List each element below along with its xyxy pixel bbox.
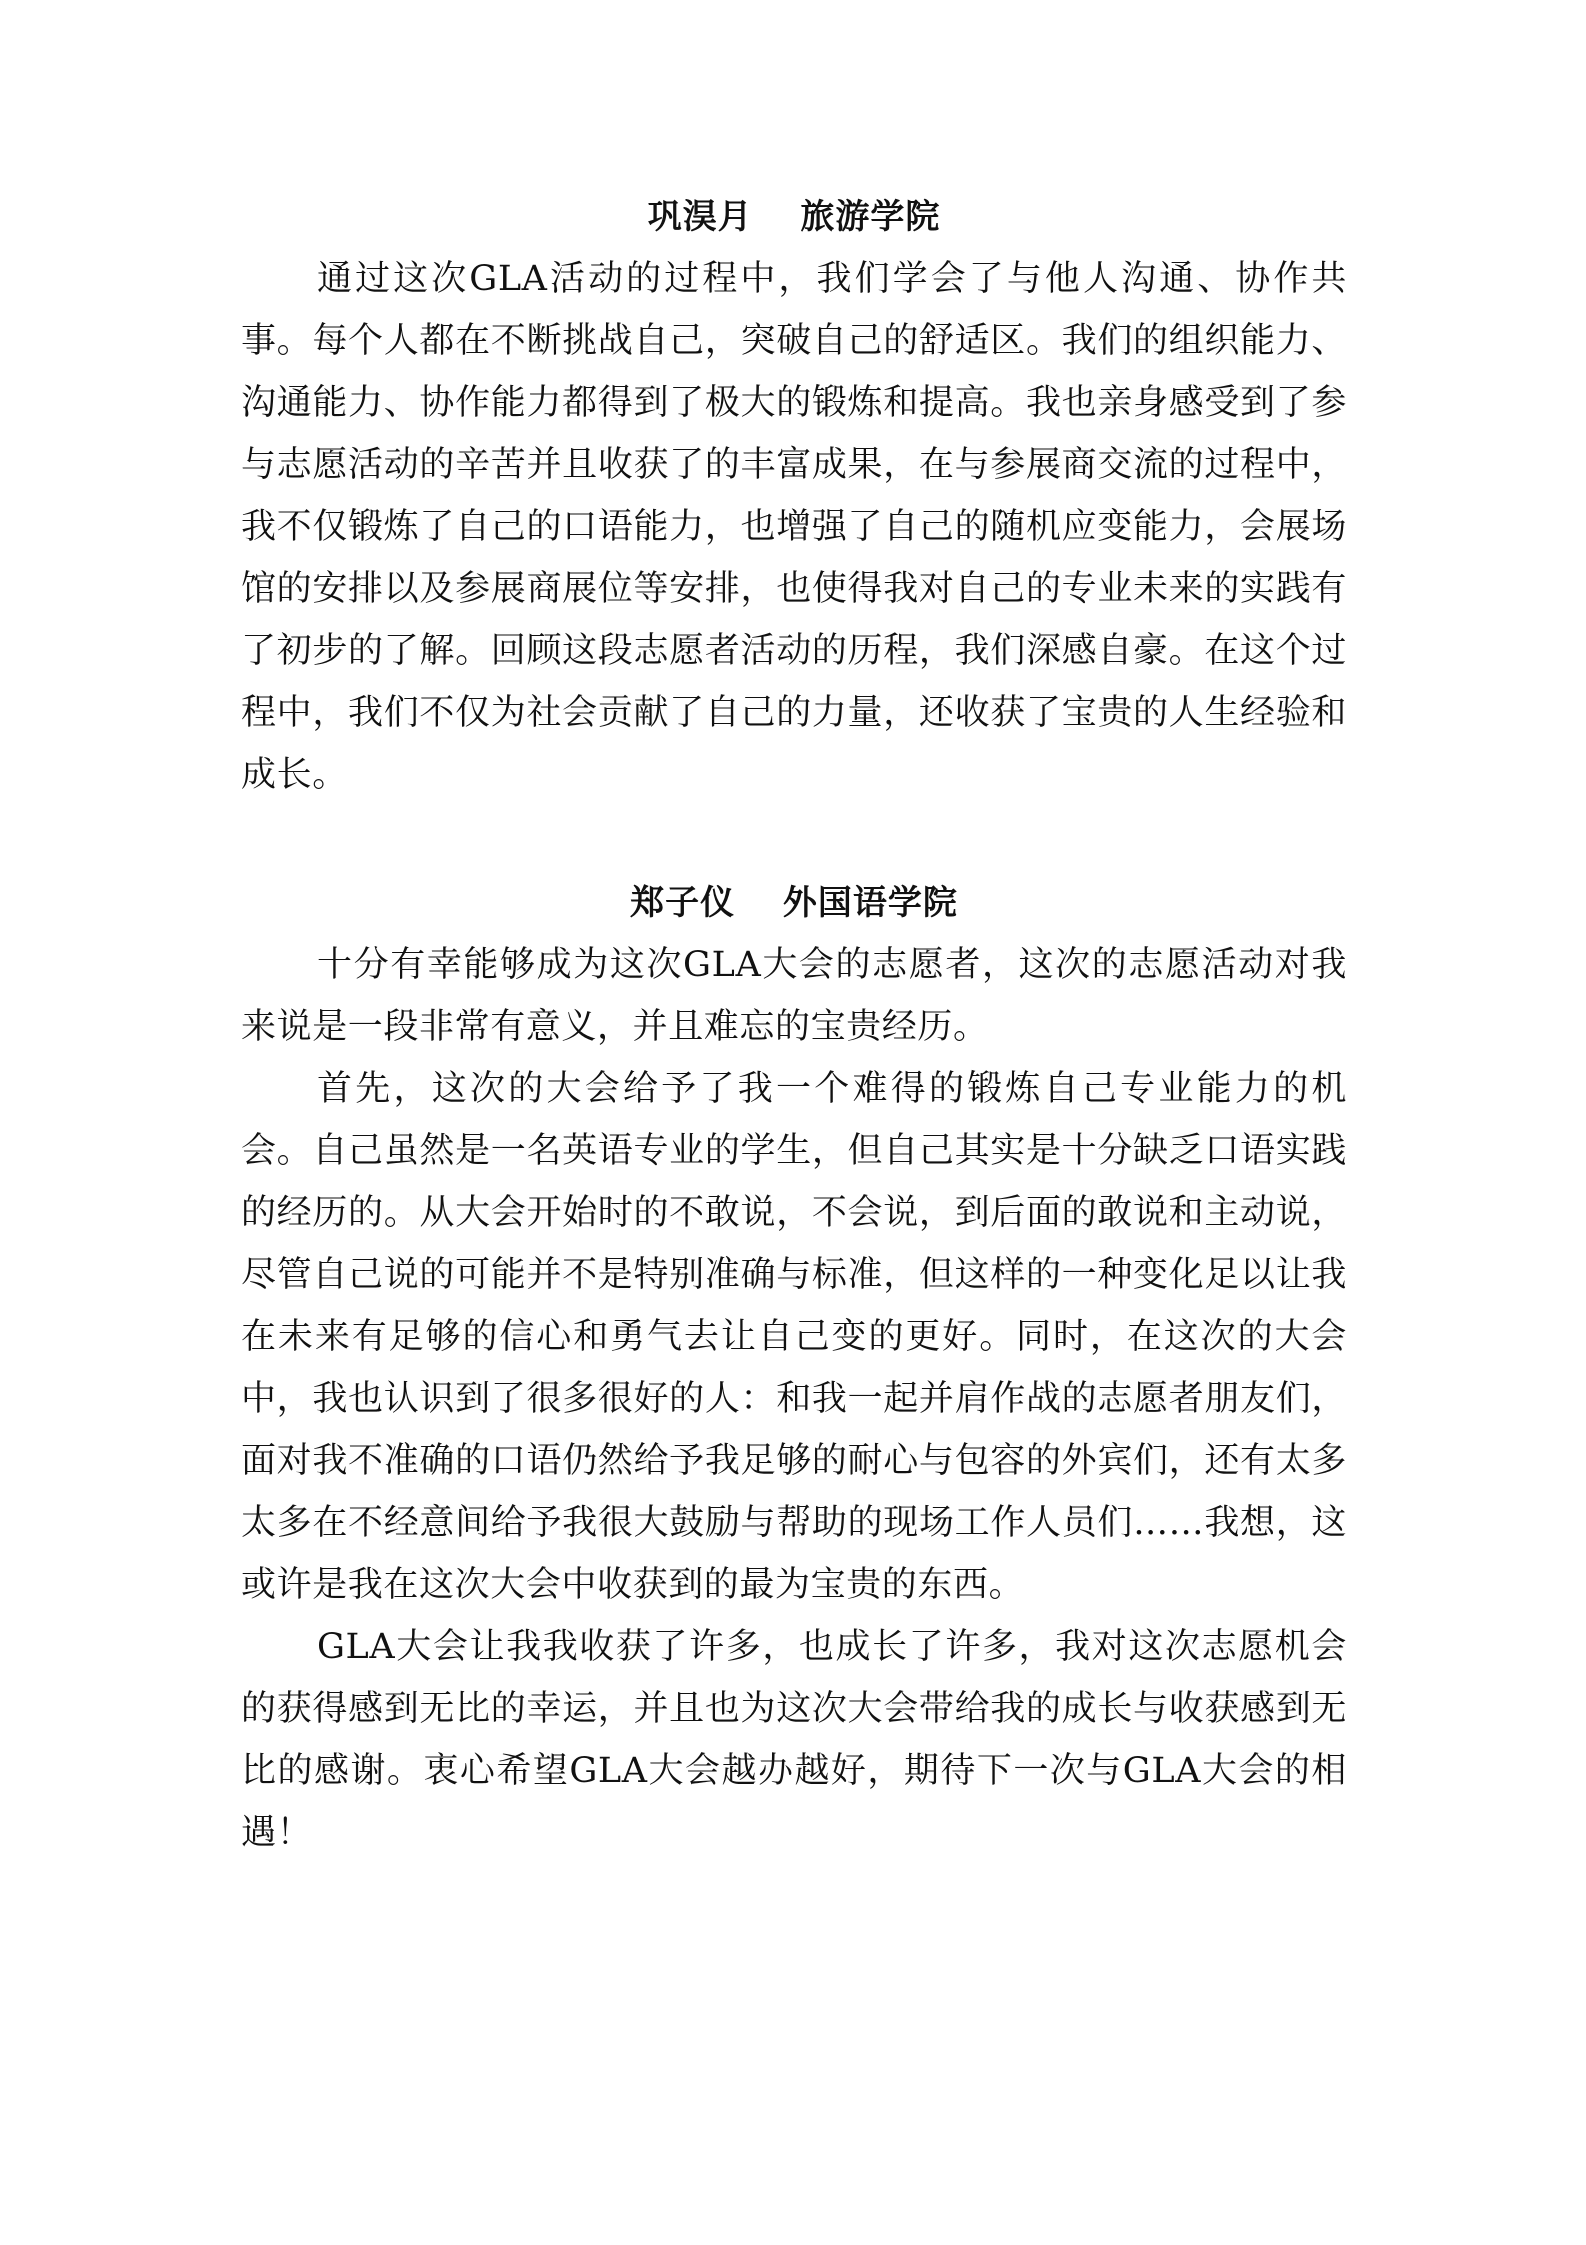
paragraph: 通过这次GLA活动的过程中，我们学会了与他人沟通、协作共事。每个人都在不断挑战自… — [241, 248, 1347, 806]
paragraph: 首先，这次的大会给予了我一个难得的锻炼自己专业能力的机会。自己虽然是一名英语专业… — [241, 1058, 1347, 1616]
reflection-section-gong-haoyue: 巩淏月 旅游学院 通过这次GLA活动的过程中，我们学会了与他人沟通、协作共事。每… — [241, 186, 1347, 806]
document-page: 巩淏月 旅游学院 通过这次GLA活动的过程中，我们学会了与他人沟通、协作共事。每… — [241, 186, 1347, 1864]
paragraph: 十分有幸能够成为这次GLA大会的志愿者，这次的志愿活动对我来说是一段非常有意义，… — [241, 934, 1347, 1058]
section-spacer — [241, 806, 1347, 872]
reflection-section-zheng-ziyi: 郑子仪 外国语学院 十分有幸能够成为这次GLA大会的志愿者，这次的志愿活动对我来… — [241, 872, 1347, 1864]
paragraph: GLA大会让我我收获了许多，也成长了许多，我对这次志愿机会的获得感到无比的幸运，… — [241, 1616, 1347, 1864]
section-title: 巩淏月 旅游学院 — [241, 186, 1347, 248]
section-title: 郑子仪 外国语学院 — [241, 872, 1347, 934]
